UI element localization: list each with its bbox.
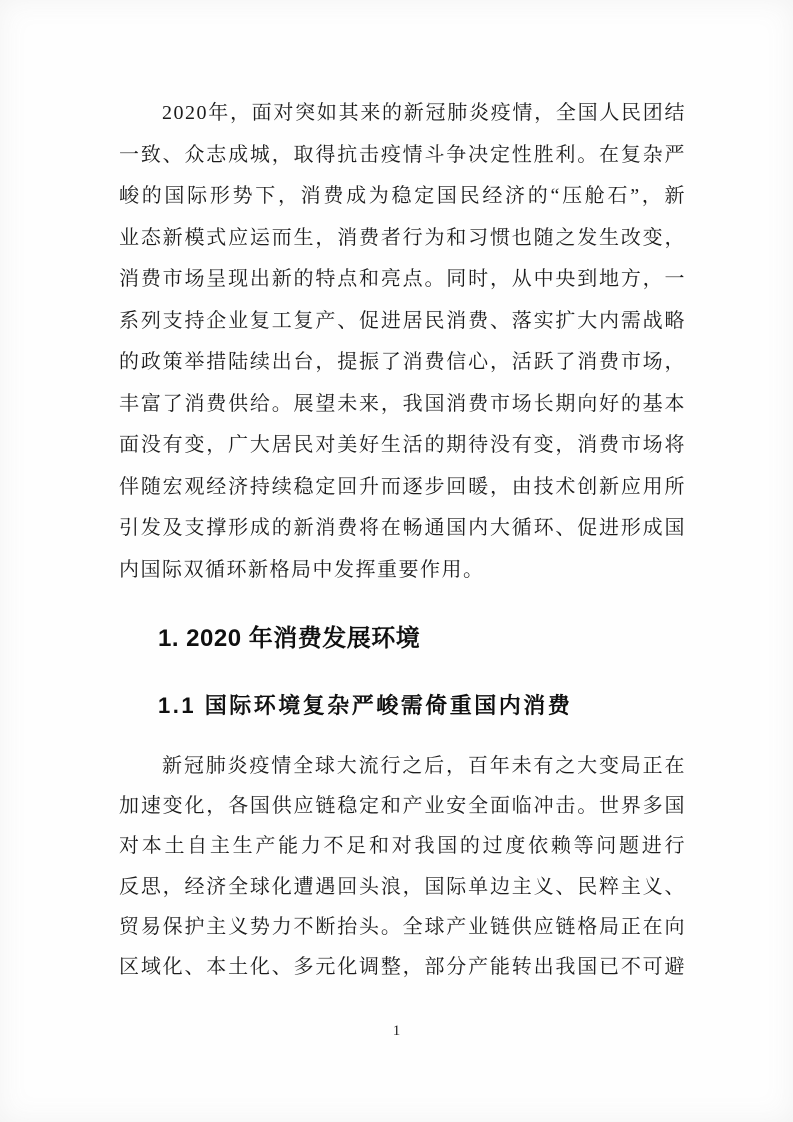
document-page: 2020年，面对突如其来的新冠肺炎疫情，全国人民团结 一致、众志成城，取得抗击疫…: [0, 0, 793, 1122]
paragraph-line: 区域化、本土化、多元化调整，部分产能转出我国已不可避: [119, 947, 686, 987]
paragraph-line: 加速变化，各国供应链稳定和产业安全面临冲击。世界多国: [119, 786, 686, 826]
paragraph-line: 贸易保护主义势力不断抬头。全球产业链供应链格局正在向: [119, 907, 686, 947]
paragraph-line: 对本土自主生产能力不足和对我国的过度依赖等问题进行: [119, 826, 686, 866]
paragraph-line: 面没有变，广大居民对美好生活的期待没有变，消费市场将: [119, 425, 686, 467]
paragraph-line: 系列支持企业复工复产、促进居民消费、落实扩大内需战略: [119, 301, 686, 343]
page-number: 1: [0, 1022, 793, 1040]
paragraph-line: 2020年，面对突如其来的新冠肺炎疫情，全国人民团结: [119, 93, 686, 135]
paragraph-line: 伴随宏观经济持续稳定回升而逐步回暖，由技术创新应用所: [119, 467, 686, 509]
paragraph-line: 引发及支撑形成的新消费将在畅通国内大循环、促进形成国: [119, 508, 686, 550]
section-1-1-paragraph: 新冠肺炎疫情全球大流行之后，百年未有之大变局正在 加速变化，各国供应链稳定和产业…: [119, 746, 686, 987]
paragraph-line: 内国际双循环新格局中发挥重要作用。: [119, 550, 686, 592]
paragraph-line: 丰富了消费供给。展望未来，我国消费市场长期向好的基本: [119, 384, 686, 426]
intro-paragraph: 2020年，面对突如其来的新冠肺炎疫情，全国人民团结 一致、众志成城，取得抗击疫…: [119, 93, 686, 591]
paragraph-line: 一致、众志成城，取得抗击疫情斗争决定性胜利。在复杂严: [119, 135, 686, 177]
paragraph-line: 消费市场呈现出新的特点和亮点。同时，从中央到地方，一: [119, 259, 686, 301]
paragraph-line: 的政策举措陆续出台，提振了消费信心，活跃了消费市场，: [119, 342, 686, 384]
section-heading-1-1: 1.1 国际环境复杂严峻需倚重国内消费: [158, 691, 572, 721]
paragraph-line: 新冠肺炎疫情全球大流行之后，百年未有之大变局正在: [119, 746, 686, 786]
paragraph-line: 反思，经济全球化遭遇回头浪，国际单边主义、民粹主义、: [119, 867, 686, 907]
paragraph-line: 峻的国际形势下，消费成为稳定国民经济的“压舱石”，新: [119, 176, 686, 218]
section-heading-1: 1. 2020 年消费发展环境: [158, 624, 420, 654]
paragraph-line: 业态新模式应运而生，消费者行为和习惯也随之发生改变，: [119, 218, 686, 260]
